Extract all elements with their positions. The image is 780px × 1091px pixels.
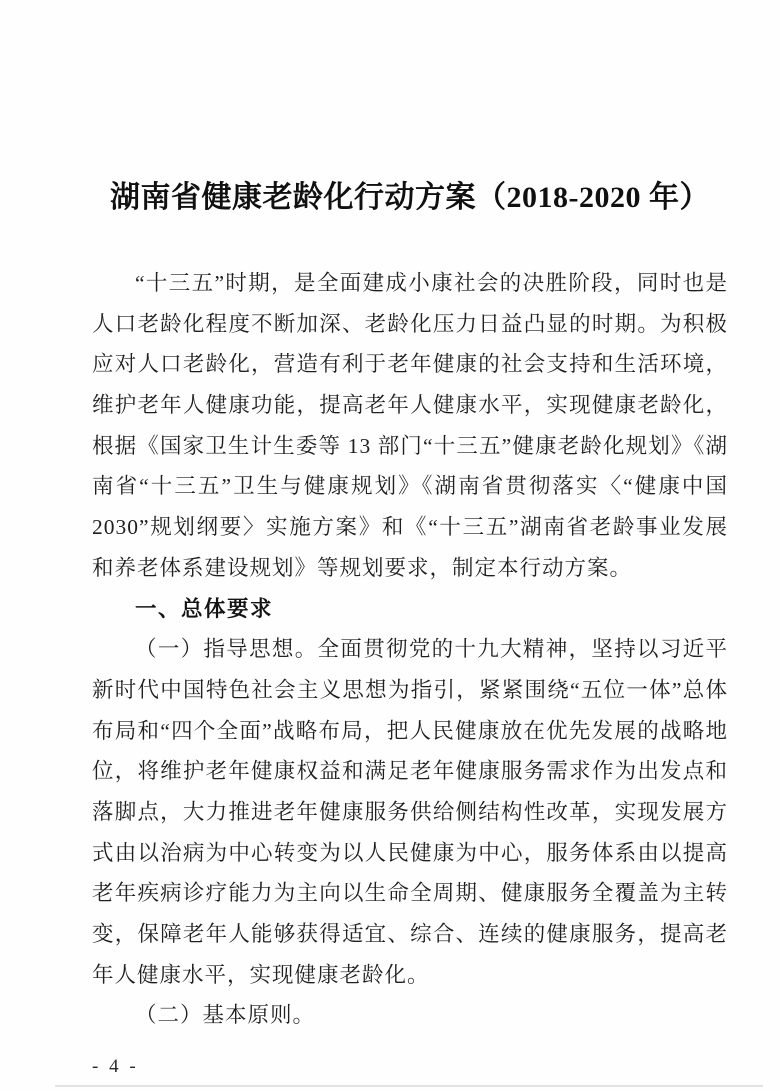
guiding-ideology-paragraph: （一）指导思想。全面贯彻党的十九大精神，坚持以习近平新时代中国特色社会主义思想为…: [92, 629, 728, 995]
text-line: 式由以治病为中心转变为以人民健康为中心，服务体系由以提高: [92, 833, 728, 874]
text-line: 布局和“四个全面”战略布局，把人民健康放在优先发展的战略地: [92, 711, 728, 752]
text-line: 根据《国家卫生计生委等 13 部门“十三五”健康老龄化规划》《湖: [92, 426, 728, 467]
text-line: （二）基本原则。: [92, 995, 728, 1036]
scan-artifact-line: [55, 1085, 763, 1087]
text-line: 一、总体要求: [92, 589, 728, 630]
text-line: 南省“十三五”卫生与健康规划》《湖南省贯彻落实〈“健康中国: [92, 466, 728, 507]
intro-paragraph: “十三五”时期，是全面建成小康社会的决胜阶段，同时也是人口老龄化程度不断加深、老…: [92, 263, 728, 589]
document-page: 湖南省健康老龄化行动方案（2018-2020 年） “十三五”时期，是全面建成小…: [0, 0, 780, 1091]
text-line: 人口老龄化程度不断加深、老龄化压力日益凸显的时期。为积极: [92, 304, 728, 345]
basic-principles-paragraph: （二）基本原则。: [92, 995, 728, 1036]
section-heading-general-requirements: 一、总体要求: [92, 589, 728, 630]
text-line: 和养老体系建设规划》等规划要求，制定本行动方案。: [92, 548, 728, 589]
text-line: （一）指导思想。全面贯彻党的十九大精神，坚持以习近平: [92, 629, 728, 670]
document-title: 湖南省健康老龄化行动方案（2018-2020 年）: [92, 176, 728, 220]
text-line: 老年疾病诊疗能力为主向以生命全周期、健康服务全覆盖为主转: [92, 873, 728, 914]
text-line: 落脚点，大力推进老年健康服务供给侧结构性改革，实现发展方: [92, 792, 728, 833]
text-line: 应对人口老龄化，营造有利于老年健康的社会支持和生活环境，: [92, 344, 728, 385]
page-number: - 4 -: [92, 1056, 139, 1078]
text-line: 新时代中国特色社会主义思想为指引，紧紧围绕“五位一体”总体: [92, 670, 728, 711]
text-line: 2030”规划纲要〉实施方案》和《“十三五”湖南省老龄事业发展: [92, 507, 728, 548]
text-line: 位，将维护老年健康权益和满足老年健康服务需求作为出发点和: [92, 751, 728, 792]
text-line: “十三五”时期，是全面建成小康社会的决胜阶段，同时也是: [92, 263, 728, 304]
document-body: “十三五”时期，是全面建成小康社会的决胜阶段，同时也是人口老龄化程度不断加深、老…: [92, 263, 728, 1036]
text-line: 变，保障老年人能够获得适宜、综合、连续的健康服务，提高老: [92, 914, 728, 955]
text-line: 年人健康水平，实现健康老龄化。: [92, 955, 728, 996]
text-line: 维护老年人健康功能，提高老年人健康水平，实现健康老龄化，: [92, 385, 728, 426]
